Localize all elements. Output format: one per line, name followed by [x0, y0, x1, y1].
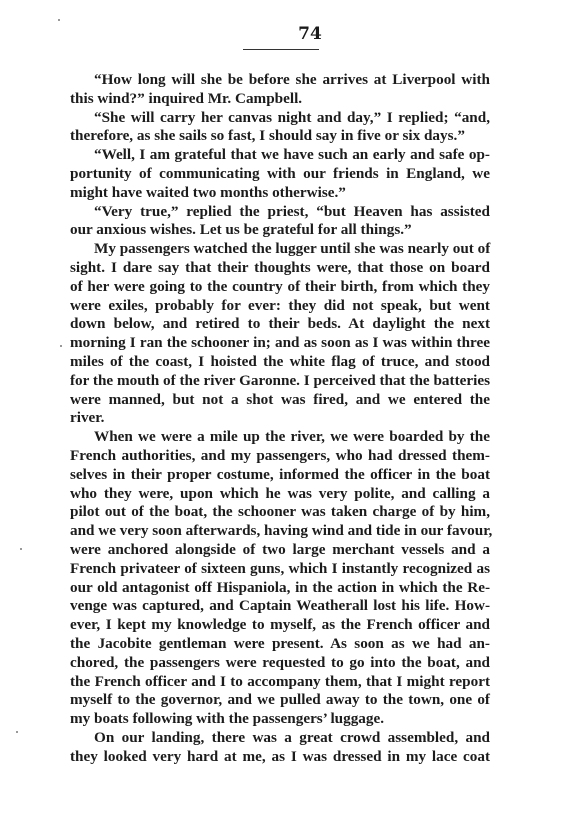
- paragraph: “How long will she be before she arrives…: [70, 71, 490, 109]
- scan-speck: [16, 731, 18, 733]
- text-line: our old antagonist off Hispaniola, in th…: [70, 579, 490, 598]
- text-line: they looked very hard at me, as I was dr…: [70, 748, 490, 767]
- text-line: for the mouth of the river Garonne. I pe…: [70, 372, 490, 391]
- body-text: “How long will she be before she arrives…: [70, 71, 490, 766]
- text-line: “How long will she be before she arrives…: [70, 71, 490, 90]
- text-line: were exiles, probably for ever: they did…: [70, 297, 490, 316]
- paragraph: “She will carry her canvas night and day…: [70, 109, 490, 147]
- text-line: my boats following with the passengers’ …: [70, 710, 490, 729]
- text-line: venge was captured, and Captain Weathera…: [70, 597, 490, 616]
- text-line: this wind?” inquired Mr. Campbell.: [70, 90, 490, 109]
- text-line: our anxious wishes. Let us be grateful f…: [70, 221, 490, 240]
- text-line: river.: [70, 409, 490, 428]
- scan-speck: [60, 345, 62, 347]
- text-line: French authorities, and my passengers, w…: [70, 447, 490, 466]
- scan-speck: [20, 548, 22, 550]
- text-line: When we were a mile up the river, we wer…: [70, 428, 490, 447]
- text-line: “She will carry her canvas night and day…: [70, 109, 490, 128]
- text-line: down below, and retired to their beds. A…: [70, 315, 490, 334]
- text-line: “Well, I am grateful that we have such a…: [70, 146, 490, 165]
- text-line: sight. I dare say that their thoughts we…: [70, 259, 490, 278]
- text-line: pilot out of the boat, the schooner was …: [70, 503, 490, 522]
- paragraph: On our landing, there was a great crowd …: [70, 729, 490, 767]
- page-number: 74: [0, 24, 575, 44]
- text-line: miles of the coast, I hoisted the white …: [70, 353, 490, 372]
- text-line: were anchored alongside of two large mer…: [70, 541, 490, 560]
- text-line: the Jacobite gentleman were present. As …: [70, 635, 490, 654]
- text-line: who they were, upon which he was very po…: [70, 485, 490, 504]
- paragraph: “Very true,” replied the priest, “but He…: [70, 203, 490, 241]
- text-line: My passengers watched the lugger until s…: [70, 240, 490, 259]
- header-rule: [243, 49, 319, 50]
- paragraph: When we were a mile up the river, we wer…: [70, 428, 490, 729]
- scan-speck: [58, 19, 60, 21]
- text-line: “Very true,” replied the priest, “but He…: [70, 203, 490, 222]
- text-line: therefore, as she sails so fast, I shoul…: [70, 127, 490, 146]
- text-line: myself to the governor, and we pulled aw…: [70, 691, 490, 710]
- text-line: and we very soon afterwards, having wind…: [70, 522, 490, 541]
- text-line: chored, the passengers were requested to…: [70, 654, 490, 673]
- text-line: French privateer of sixteen guns, which …: [70, 560, 490, 579]
- paragraph: My passengers watched the lugger until s…: [70, 240, 490, 428]
- text-line: morning I ran the schooner in; and as so…: [70, 334, 490, 353]
- text-line: the French officer and I to accompany th…: [70, 673, 490, 692]
- text-line: On our landing, there was a great crowd …: [70, 729, 490, 748]
- text-line: ever, I kept my knowledge to myself, as …: [70, 616, 490, 635]
- text-line: selves in their proper costume, informed…: [70, 466, 490, 485]
- text-line: were manned, but not a shot was fired, a…: [70, 391, 490, 410]
- text-line: portunity of communicating with our frie…: [70, 165, 490, 184]
- text-line: of her were going to the country of thei…: [70, 278, 490, 297]
- paragraph: “Well, I am grateful that we have such a…: [70, 146, 490, 202]
- text-line: might have waited two months otherwise.”: [70, 184, 490, 203]
